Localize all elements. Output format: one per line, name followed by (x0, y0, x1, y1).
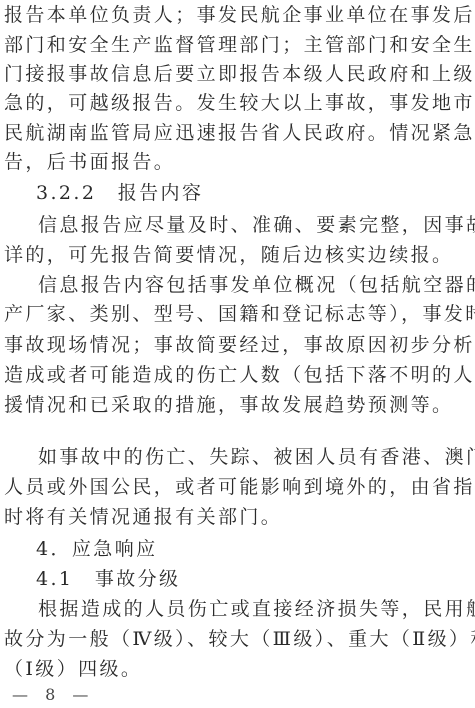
paragraph-line: 事故现场情况；事故简要经过，事故原因初步分析判断；事故已 (4, 331, 472, 359)
paragraph-line: 援情况和已采取的措施，事故发展趋势预测等。 (4, 391, 472, 419)
section-heading-4-1: 4.1 事故分级 (36, 565, 475, 593)
paragraph-line: 门接报事故信息后要立即报告本级人民政府和上级部门，情况紧 (4, 60, 472, 88)
paragraph-line: 告，后书面报告。 (4, 148, 472, 176)
paragraph-line: 根据造成的人员伤亡或直接经济损失等，民用航空器飞行事 (38, 595, 472, 623)
section-heading-3-2-2: 3.2.2 报告内容 (36, 179, 475, 207)
paragraph-line: 部门和安全生产监督管理部门；主管部门和安全生产监督管理部 (4, 31, 472, 59)
paragraph-line: 产厂家、类别、型号、国籍和登记标志等），事发时间、地点及 (4, 300, 472, 328)
paragraph-line: 急的，可越级报告。发生较大以上事故，事发地市州人民政府、 (4, 89, 472, 117)
section-heading-4: 4．应急响应 (36, 535, 475, 563)
paragraph-line: 造成或者可能造成的伤亡人数（包括下落不明的人数）；事故救 (4, 361, 472, 389)
paragraph-line: 时将有关情况通报有关部门。 (4, 503, 472, 531)
paragraph-line: 民航湖南监管局应迅速报告省人民政府。情况紧急的可先电话报 (4, 119, 472, 147)
paragraph-line: 报告本单位负责人；事发民航企事业单位在事发后立即报告主管 (4, 1, 472, 29)
paragraph-line: 故分为一般（Ⅳ级）、较大（Ⅲ级）、重大（Ⅱ级）和特别重大 (4, 625, 472, 653)
paragraph-line: 信息报告应尽量及时、准确、要素完整，因事故复杂情况不 (38, 211, 472, 239)
paragraph-line: 人员或外国公民，或者可能影响到境外的，由省指挥部办公室及 (4, 473, 472, 501)
paragraph-line: 信息报告内容包括事发单位概况（包括航空器的运营人、生 (38, 271, 472, 299)
paragraph-line: （Ⅰ级）四级。 (4, 655, 472, 683)
paragraph-line: 详的，可先报告简要情况，随后边核实边续报。 (4, 241, 472, 269)
paragraph-line: 如事故中的伤亡、失踪、被困人员有香港、澳门、台湾地区 (38, 443, 472, 471)
page-number: — 8 — (12, 684, 94, 706)
document-page: 报告本单位负责人；事发民航企事业单位在事发后立即报告主管 部门和安全生产监督管理… (0, 0, 475, 708)
